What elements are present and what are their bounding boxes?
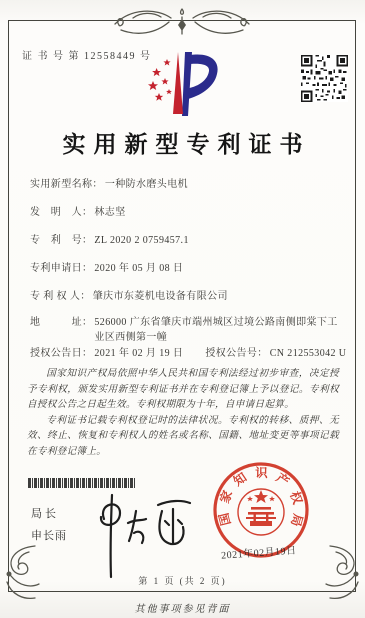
legal-statement: 国家知识产权局依照中华人民共和国专利法经过初步审查，决定授予专利权，颁发实用新型… — [27, 366, 339, 460]
bottom-left-flourish-ornament-icon — [1, 542, 41, 604]
field-grant-number: 授权公告号： CN 212553042 U — [205, 347, 346, 362]
legal-paragraph-2: 专利证书记载专利权登记时的法律状况。专利权的转移、质押、无效、终止、恢复和专利权… — [27, 413, 339, 460]
top-flourish-ornament-icon — [111, 4, 253, 38]
field-label: 地 址： — [30, 316, 92, 345]
director-title: 局长 — [31, 505, 59, 521]
field-address: 地 址： 526000 广东省肇庆市端州城区过境公路南侧即棠下工业区西侧第一幢 — [30, 316, 340, 345]
bottom-right-flourish-ornament-icon — [324, 542, 364, 604]
field-label: 发 明 人： — [30, 206, 92, 221]
field-value: 肇庆市东菱机电设备有限公司 — [93, 290, 228, 305]
back-side-note: 其他事项参见背面 — [0, 600, 365, 615]
field-value: 2020 年 05 月 08 日 — [94, 262, 183, 277]
legal-paragraph-1: 国家知识产权局依照中华人民共和国专利法经过初步审查，决定授予专利权，颁发实用新型… — [27, 366, 339, 413]
field-filing-date: 专利申请日： 2020 年 05 月 08 日 — [30, 262, 340, 277]
field-value: CN 212553042 U — [270, 347, 347, 362]
barcode-icon — [28, 478, 135, 488]
qr-code-icon — [301, 55, 348, 102]
field-patent-number: 专 利 号： ZL 2020 2 0759457.1 — [30, 234, 340, 249]
field-grant-row: 授权公告日： 2021 年 02 月 19 日 授权公告号： CN 212553… — [30, 347, 340, 362]
director-signature-icon — [84, 489, 206, 579]
field-label: 专 利 权 人： — [30, 290, 91, 305]
certificate-number: 证 书 号 第 12558449 号 — [22, 47, 152, 62]
field-grant-date: 授权公告日： 2021 年 02 月 19 日 — [30, 347, 183, 362]
field-value: 526000 广东省肇庆市端州城区过境公路南侧即棠下工业区西侧第一幢 — [94, 316, 340, 345]
field-label: 授权公告日： — [30, 347, 92, 362]
field-label: 专 利 号： — [30, 234, 92, 249]
field-label: 授权公告号： — [205, 347, 267, 362]
field-value: 林志坚 — [94, 206, 125, 221]
field-value: ZL 2020 2 0759457.1 — [94, 234, 188, 249]
field-label: 实用新型名称： — [30, 178, 103, 193]
certificate-page: 证 书 号 第 12558449 号 实用新型专利证书 实用新型名称： 一种防水… — [0, 0, 365, 618]
field-utility-model-name: 实用新型名称： 一种防水磨头电机 — [30, 178, 340, 193]
field-inventor: 发 明 人： 林志坚 — [30, 206, 340, 221]
certificate-title: 实用新型专利证书 — [0, 126, 365, 159]
field-value: 2021 年 02 月 19 日 — [94, 347, 183, 362]
director-name: 申长雨 — [31, 527, 67, 543]
field-value: 一种防水磨头电机 — [105, 178, 188, 193]
cnipa-logo-icon — [144, 50, 218, 120]
page-number: 第 1 页 (共 2 页) — [0, 574, 365, 587]
field-patentee: 专 利 权 人： 肇庆市东菱机电设备有限公司 — [30, 290, 340, 305]
field-label: 专利申请日： — [30, 262, 92, 277]
